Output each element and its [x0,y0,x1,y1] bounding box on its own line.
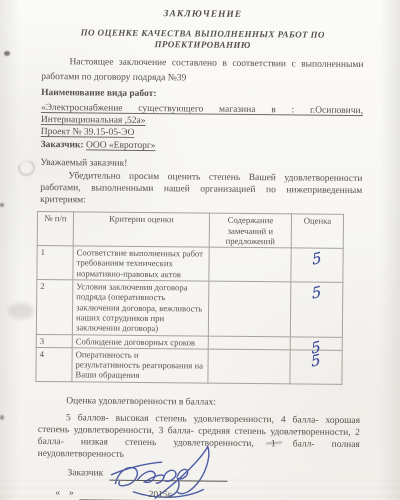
date-year: 2015г. [149,490,173,500]
row-criteria: Условия заключения договора подряда (опе… [72,280,209,336]
row-remarks [208,349,290,384]
signature-customer-label: Заказчик [67,468,103,478]
table-row: 4 Оперативность и результативность реаги… [36,347,342,384]
request-paragraph: Убедительно просим оценить степень Вашей… [40,170,362,209]
date-blank-line: 2015г. [79,489,187,500]
row-number: 2 [36,280,73,335]
rating-scale-description: 5 баллов- высокая степень удовлетворенно… [38,412,360,463]
document-subtitle: ПО ОЦЕНКЕ КАЧЕСТВА ВЫПОЛНЕННЫХ РАБОТ ПО … [42,27,364,52]
row-number: 3 [36,334,72,348]
col-header-criteria: Критерии оценки [73,212,209,247]
table-row: 1 Соответствие выполненных работ требова… [37,246,343,283]
table-header-row: № п/п Критерии оценки Содержание замечан… [37,212,343,249]
col-header-num: № п/п [37,212,73,246]
row-remarks [208,281,291,336]
quote-open: « [55,488,60,498]
row-criteria: Соответствие выполненных работ требовани… [73,246,209,281]
customer-name: ООО «Евроторг» [86,140,156,151]
row-score-cell: 5 [290,350,342,384]
handwritten-score: 5 [311,285,322,301]
rating-scale-heading: Оценка удовлетворенности в баллах: [38,395,360,410]
customer-line: Заказчик: ООО «Евроторг» [41,139,363,154]
row-number: 1 [37,246,73,280]
col-header-remarks: Содержание замечаний и предложений [209,213,291,248]
table-row: 2 Условия заключения договора подряда (о… [36,280,343,337]
scan-speck [4,51,10,56]
row-remarks [209,247,291,282]
work-type-heading: Наименование вида работ: [41,87,363,102]
signature-blank-line [109,469,227,482]
customer-label: Заказчик: [41,140,84,150]
handwritten-score: 5 [311,251,322,267]
scan-speck [0,415,4,420]
row-criteria: Соблюдение договорных сроков [72,334,208,349]
criteria-table: № п/п Критерии оценки Содержание замечан… [35,211,344,384]
row-score-cell: 5 [290,336,342,350]
scan-ring-smudge [16,158,37,179]
document-title: ЗАКЛЮЧЕНИЕ [42,8,364,22]
work-type-value: «Электроснабжение существующего магазина… [41,102,363,129]
date-row: «»2015г. [37,487,359,500]
handwritten-score: 5 [310,352,321,368]
scan-speck [0,203,4,207]
col-header-score: Оценка [291,214,343,248]
quote-close: » [69,488,74,498]
document-content: ЗАКЛЮЧЕНИЕ ПО ОЦЕНКЕ КАЧЕСТВА ВЫПОЛНЕННЫ… [37,6,364,500]
row-score-cell: 5 [290,282,343,337]
row-number: 4 [36,347,72,381]
intro-paragraph: Настоящее заключение составлено в соотве… [41,55,363,87]
scan-blob-smudge [8,303,34,319]
row-remarks [208,336,290,350]
row-criteria: Оперативность и результативность реагиро… [72,348,208,383]
customer-signature-row: Заказчик [37,467,359,483]
scanned-document-page: ЗАКЛЮЧЕНИЕ ПО ОЦЕНКЕ КАЧЕСТВА ВЫПОЛНЕННЫ… [0,0,400,500]
row-score-cell: 5 [291,248,343,282]
